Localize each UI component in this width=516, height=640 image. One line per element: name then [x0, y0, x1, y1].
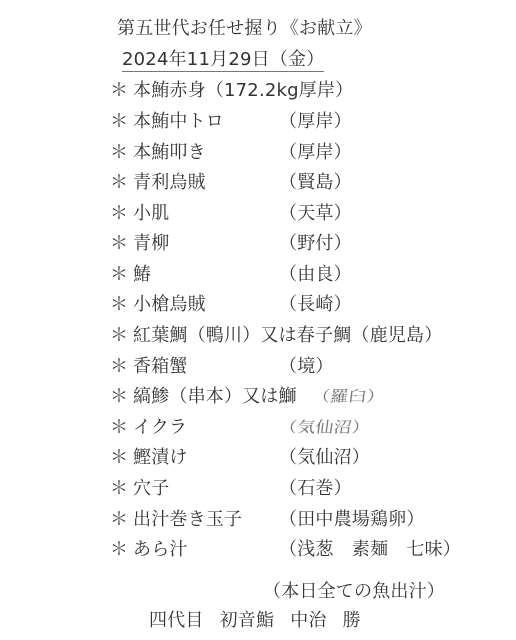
- signature-given-name: 勝: [343, 610, 361, 631]
- signature-generation: 四代目: [149, 610, 204, 631]
- bullet-mark: ＊: [110, 352, 128, 382]
- bullet-mark: ＊: [110, 535, 128, 565]
- bullet-mark: ＊: [110, 382, 128, 412]
- item-origin: （由良）: [279, 260, 352, 290]
- item-origin: （長崎）: [279, 290, 352, 320]
- item-origin: （田中農場鶏卵）: [279, 505, 425, 535]
- bullet-mark: ＊: [110, 76, 128, 106]
- menu-document: 第五世代お任せ握り《お献立》 2024年11月29日（金） ＊本鮪赤身（172.…: [0, 0, 516, 640]
- item-origin: （厚岸）: [279, 107, 352, 137]
- date-text: 2024年11月29日（金）: [122, 49, 324, 72]
- item-origin: （野付）: [279, 229, 352, 259]
- item-name: 香箱蟹: [133, 352, 188, 382]
- item-origin: （天草）: [279, 199, 352, 229]
- soup-note: （本日全ての魚出汁）: [263, 577, 445, 607]
- item-origin: （気仙沼）: [277, 416, 371, 441]
- signature-surname: 中治: [290, 610, 326, 631]
- item-origin: （賢島）: [279, 168, 352, 198]
- item-name: 出汁巻き玉子: [133, 505, 242, 535]
- item-origin: （気仙沼）: [279, 443, 370, 473]
- bullet-mark: ＊: [110, 413, 128, 443]
- item-name: 小槍烏賊: [133, 290, 206, 320]
- bullet-mark: ＊: [110, 168, 128, 198]
- bullet-mark: ＊: [110, 260, 128, 290]
- item-name: 本鮪赤身（172.2kg厚岸）: [133, 76, 353, 106]
- item-origin: （羅臼）: [310, 385, 386, 410]
- item-origin: （境）: [279, 352, 334, 382]
- bullet-mark: ＊: [110, 199, 128, 229]
- item-name: 鰹漬け: [133, 443, 188, 473]
- item-name: 縞鯵（串本）又は鰤: [133, 382, 297, 412]
- menu-title: 第五世代お任せ握り《お献立》: [117, 14, 372, 44]
- item-name: 本鮪叩き: [133, 138, 206, 168]
- signature-shop: 初音鮨: [220, 610, 275, 631]
- bullet-mark: ＊: [110, 138, 128, 168]
- menu-date: 2024年11月29日（金）: [122, 45, 324, 75]
- item-origin: （石巻）: [279, 474, 352, 504]
- item-name: 穴子: [133, 474, 169, 504]
- bullet-mark: ＊: [110, 505, 128, 535]
- bullet-mark: ＊: [110, 290, 128, 320]
- bullet-mark: ＊: [110, 107, 128, 137]
- item-name: 青利烏賊: [133, 168, 206, 198]
- item-name: 紅葉鯛（鴨川）又は春子鯛（鹿児島）: [133, 321, 442, 351]
- bullet-mark: ＊: [110, 321, 128, 351]
- signature: 四代目初音鮨中治勝: [149, 606, 377, 636]
- bullet-mark: ＊: [110, 474, 128, 504]
- bullet-mark: ＊: [110, 443, 128, 473]
- item-name: 本鮪中トロ: [133, 107, 224, 137]
- item-origin: （浅葱 素麺 七味）: [279, 535, 461, 565]
- item-name: イクラ: [133, 413, 187, 443]
- item-name: 小肌: [133, 199, 169, 229]
- item-name: 鰆: [133, 260, 151, 290]
- item-name: あら汁: [133, 535, 188, 565]
- bullet-mark: ＊: [110, 229, 128, 259]
- item-origin: （厚岸）: [279, 138, 352, 168]
- item-name: 青柳: [133, 229, 169, 259]
